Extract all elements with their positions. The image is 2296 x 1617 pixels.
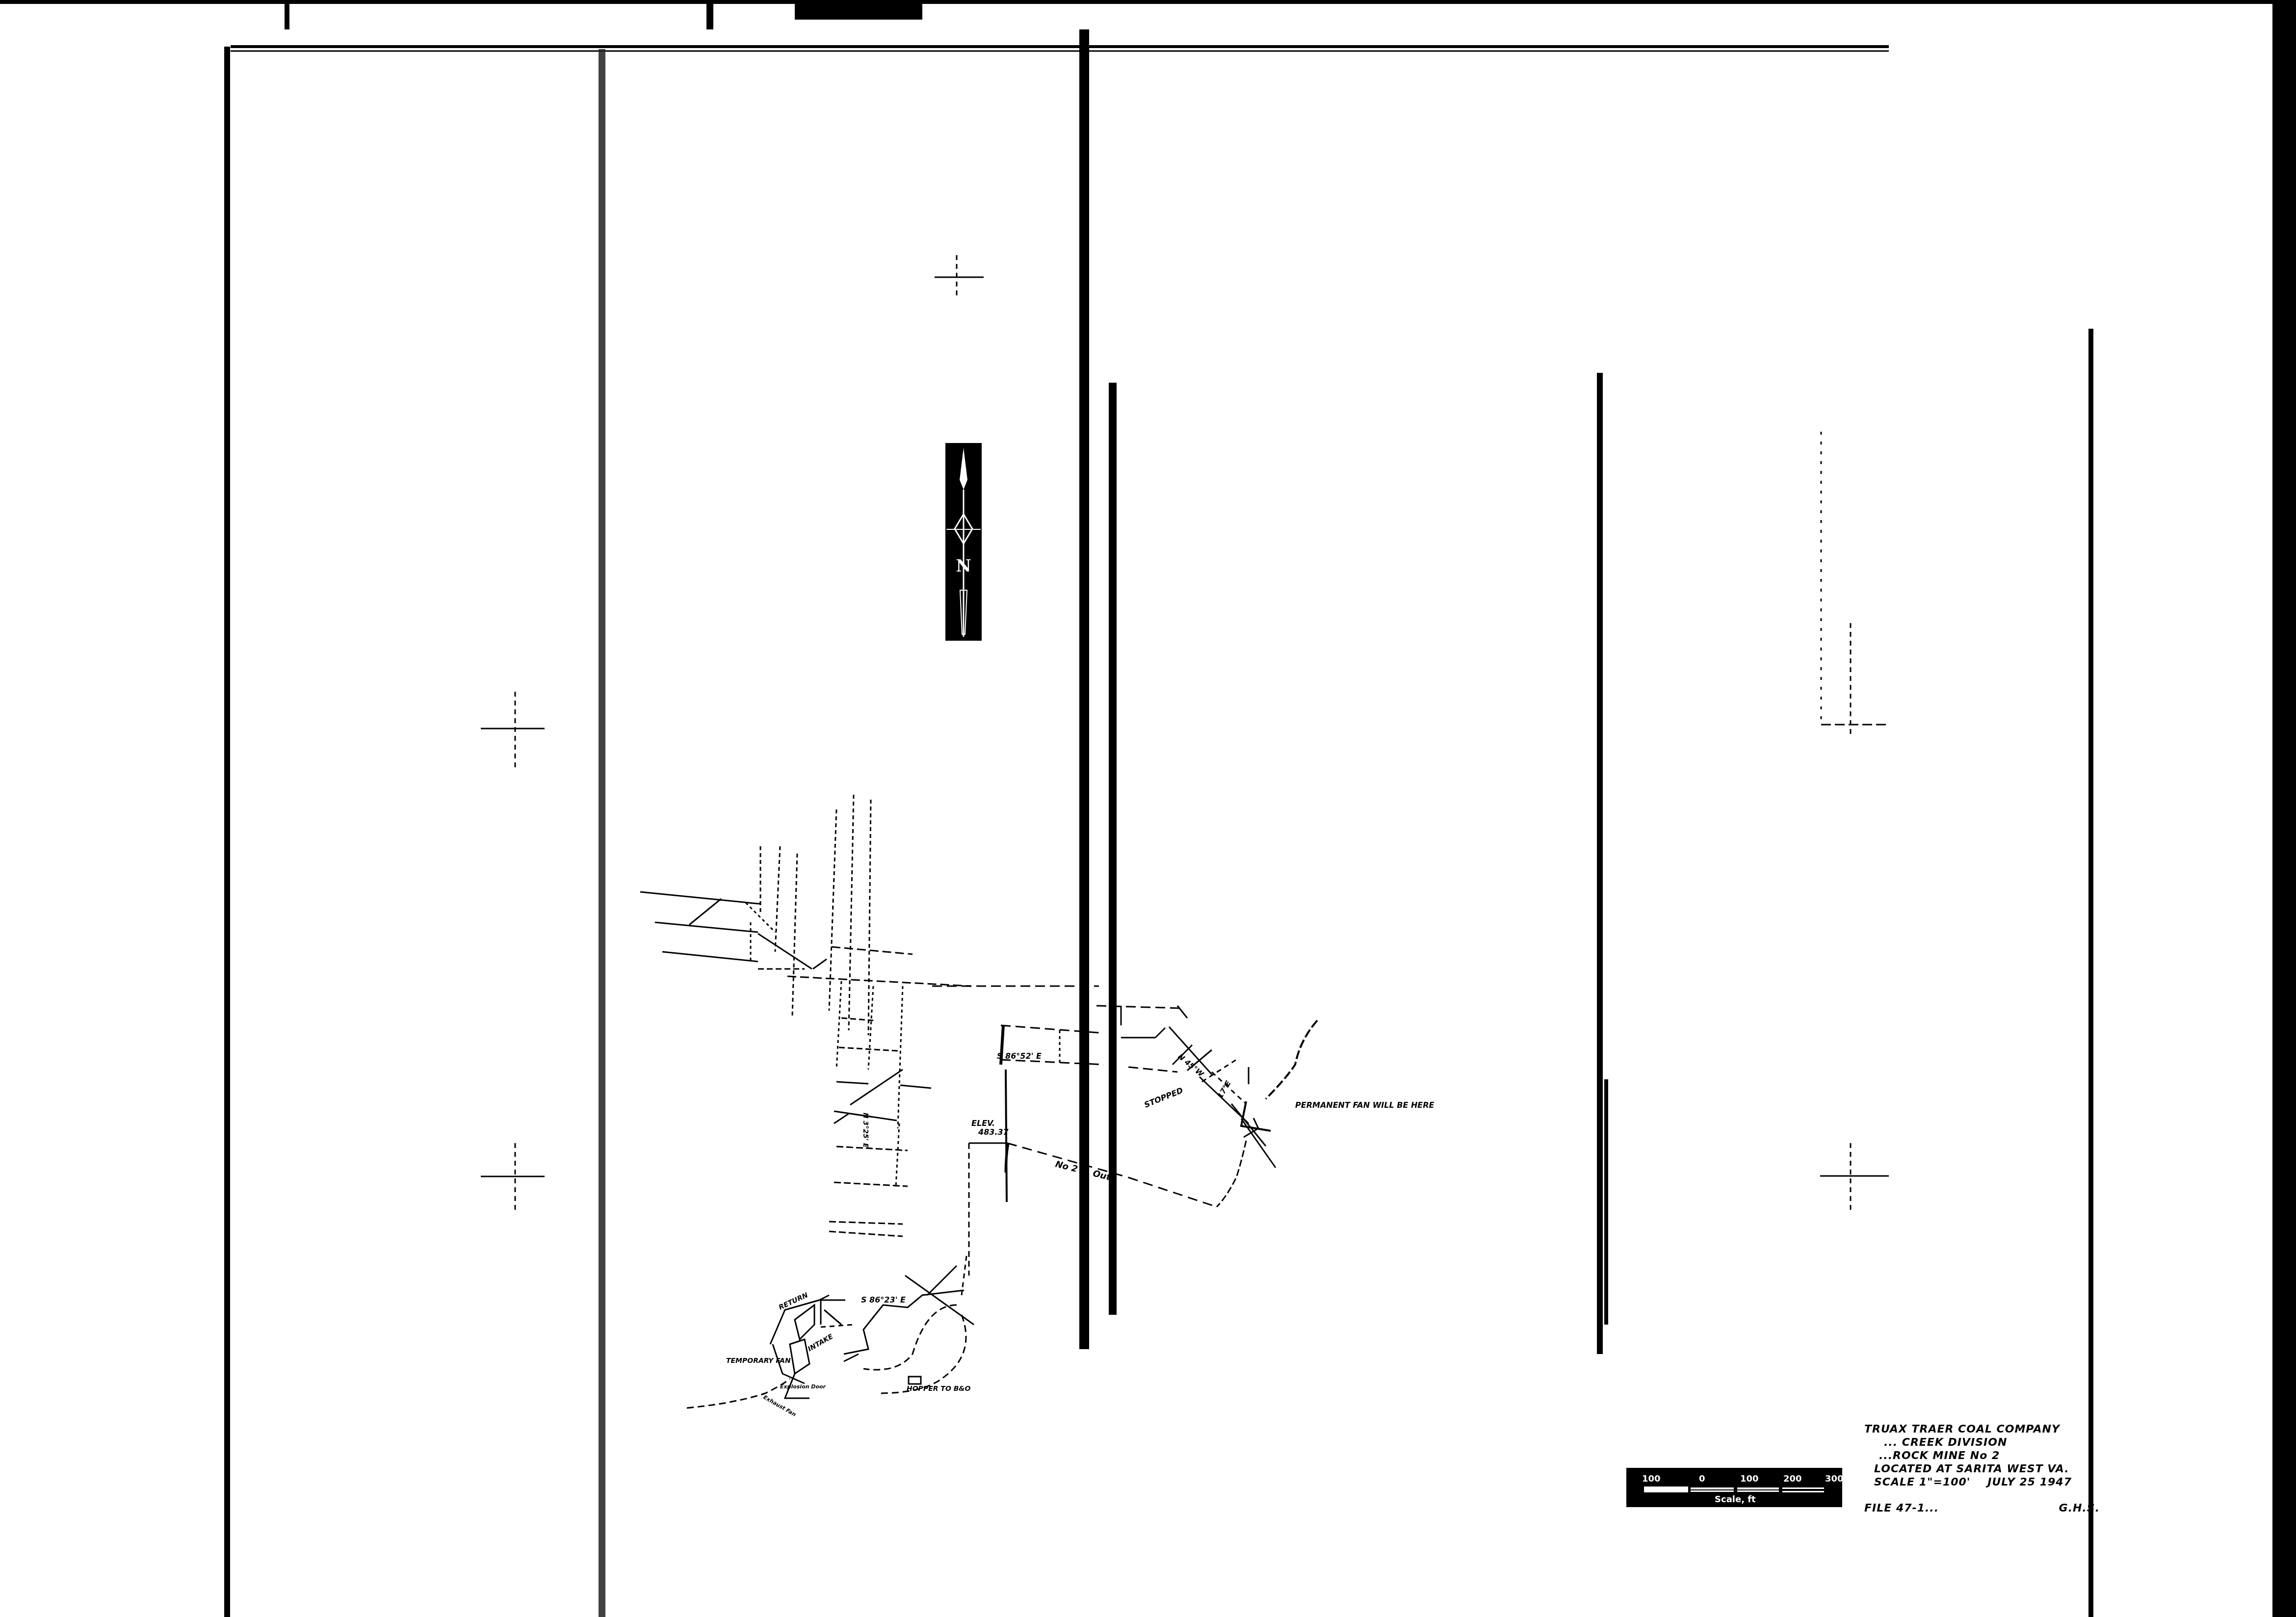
scale-bar-unit: Scale, ft [1715,1494,1756,1505]
scale-bar-segments [1644,1487,1830,1492]
label-hopper: HOPPER TO B&O [907,1385,971,1393]
label-permanent-fan-1: PERMANENT FAN WILL BE HERE [1295,1100,1435,1110]
north-arrow-icon: N [945,443,982,641]
scale-tick: 100 [1642,1474,1661,1484]
sheet-borders [0,0,2296,1617]
svg-text:N: N [956,556,971,576]
title-scale-date: SCALE 1"=100' JULY 25 1947 [1864,1476,2119,1489]
label-bearing-diag2: 17°E [1216,1079,1233,1100]
scale-bar: 100 0 100 200 300 Scale, ft [1626,1468,1842,1507]
scale-tick: 300 [1825,1474,1844,1484]
mine-map-canvas: PERMANENT FAN WILL BE HERE STOPPED ELEV.… [0,0,2296,1617]
label-bearing-main: S 86°52' E [997,1051,1042,1061]
scale-tick: 200 [1783,1474,1802,1484]
title-file-row: FILE 47-1... G.H.S. [1864,1502,2100,1515]
title-block: TRUAX TRAER COAL COMPANY ... CREEK DIVIS… [1864,1423,2119,1515]
label-elevation: ELEV. [971,1119,995,1128]
label-vertical-bearing: N 3°25' E [861,1113,869,1148]
scale-tick: 100 [1740,1474,1759,1484]
title-file: FILE 47-1... [1864,1502,1939,1515]
registration-marks [481,255,1889,1212]
label-explosion-door: Explosion Door [780,1383,826,1390]
title-date: JULY 25 1947 [1987,1476,2072,1488]
scale-tick: 0 [1699,1474,1705,1484]
label-temporary-fan: TEMPORARY FAN [726,1357,791,1365]
label-elevation-value: 483.37 [978,1127,1009,1137]
title-initials: G.H.S. [2059,1502,2100,1515]
title-scale: SCALE 1"=100' [1874,1476,1971,1488]
scale-bar-ticks: 100 0 100 200 300 [1636,1474,1837,1485]
title-company: TRUAX TRAER COAL COMPANY [1864,1423,2119,1436]
label-stopped: STOPPED [1143,1086,1184,1110]
label-return: RETURN [778,1291,809,1312]
title-division: ... CREEK DIVISION [1864,1436,2119,1449]
label-intake: INTAKE [807,1332,835,1353]
title-mine: ...ROCK MINE No 2 [1864,1449,2119,1462]
label-bearing-lower: S 86°23' E [861,1295,906,1304]
label-bearing-diag: N 45°W [1176,1052,1206,1079]
mine-workings [640,795,1317,1408]
title-location: LOCATED AT SARITA WEST VA. [1864,1462,2119,1476]
